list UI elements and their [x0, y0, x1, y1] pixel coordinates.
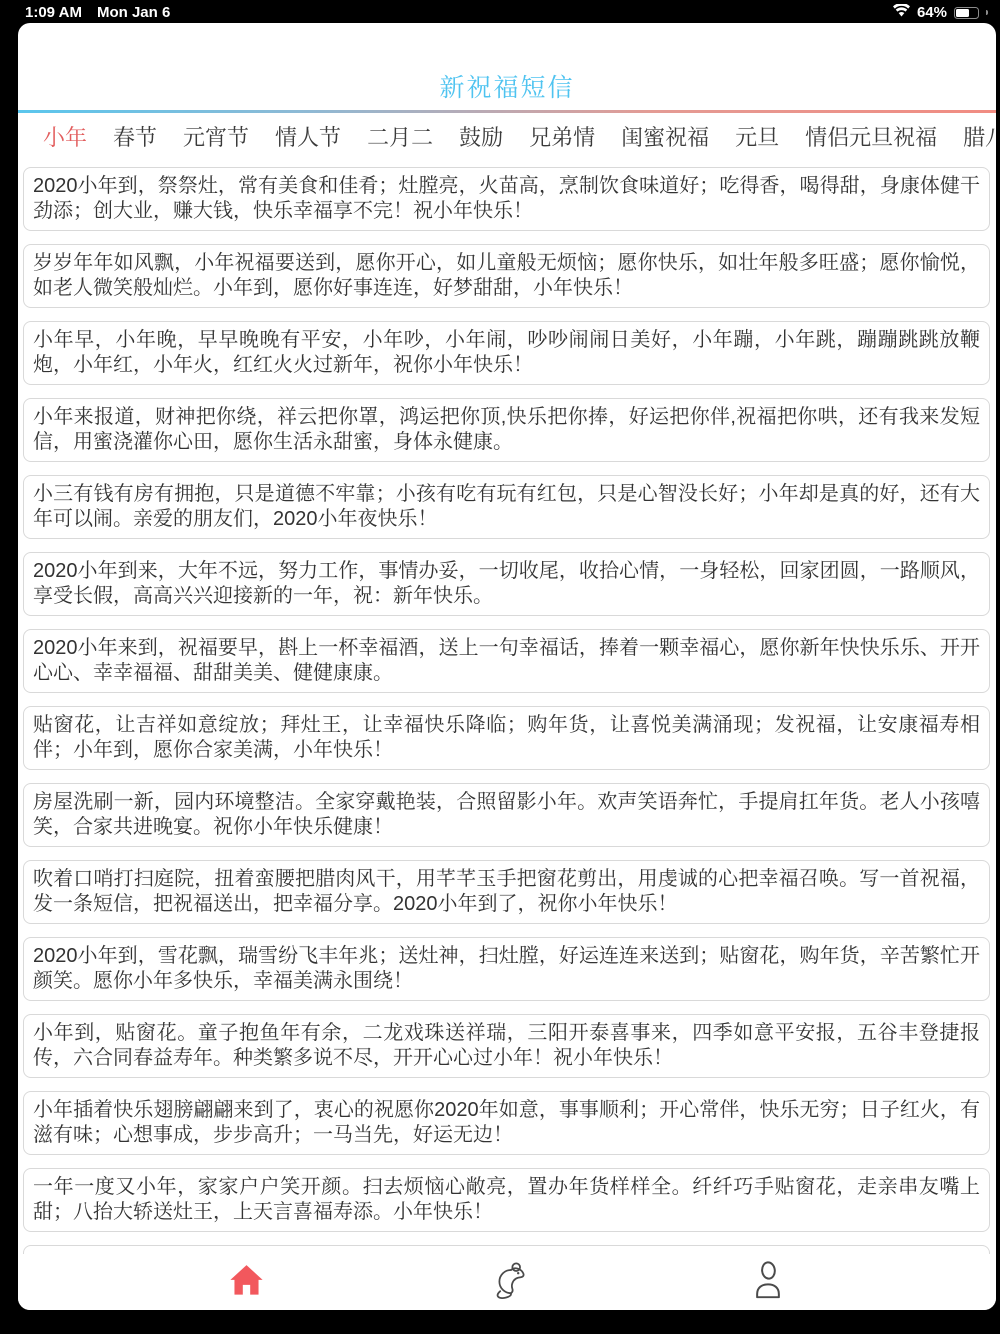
message-card[interactable]: 小年来报道，财神把你绕，祥云把你罩，鸿运把你顶,快乐把你捧，好运把你伴,祝福把你… — [23, 398, 990, 462]
tab-laba[interactable]: 腊八 — [963, 121, 996, 152]
page-title: 新祝福短信 — [18, 68, 996, 104]
battery-icon — [954, 7, 979, 19]
message-card[interactable]: 小年到，贴窗花。童子抱鱼年有余，二龙戏珠送祥瑞，三阳开泰喜事来，四季如意平安报，… — [23, 1014, 990, 1078]
app-header: 新祝福短信 — [18, 23, 996, 110]
rat-icon — [486, 1260, 528, 1305]
tab-yuandan[interactable]: 元旦 — [735, 121, 779, 152]
message-card[interactable]: 2020小年到，雪花飘，瑞雪纷飞丰年兆；送灶神，扫灶膛，好运连连来送到；贴窗花，… — [23, 937, 990, 1001]
message-card[interactable]: 岁岁年年如风飘，小年祝福要送到，愿你开心，如儿童般无烦恼；愿你快乐，如壮年般多旺… — [23, 244, 990, 308]
status-time: 1:09 AM — [25, 4, 82, 21]
tab-xiaonian[interactable]: 小年 — [43, 121, 87, 152]
message-card[interactable]: 小年插着快乐翅膀翩翩来到了，衷心的祝愿你2020年如意，事事顺利；开心常伴，快乐… — [23, 1091, 990, 1155]
message-card[interactable]: 贴窗花，让吉祥如意绽放；拜灶王，让幸福快乐降临；购年货，让喜悦美满涌现；发祝福，… — [23, 706, 990, 770]
message-card[interactable]: 一年一度又小年，家家户户笑开颜。扫去烦恼心敞亮，置办年货样样全。纤纤巧手贴窗花，… — [23, 1168, 990, 1232]
home-icon — [229, 1263, 264, 1301]
tab-eryueer[interactable]: 二月二 — [367, 121, 433, 152]
nav-home-button[interactable] — [215, 1254, 279, 1310]
tab-yuanxiaojie[interactable]: 元宵节 — [183, 121, 249, 152]
message-card[interactable]: 小年早，小年晚，早早晚晚有平安，小年吵，小年闹，吵吵闹闹日美好，小年蹦，小年跳，… — [23, 321, 990, 385]
status-date: Mon Jan 6 — [97, 4, 170, 21]
nav-rat-button[interactable] — [475, 1254, 539, 1310]
battery-nub — [986, 10, 988, 15]
battery-percent: 64% — [917, 4, 947, 21]
tab-guli[interactable]: 鼓励 — [459, 121, 503, 152]
status-bar: 1:09 AM Mon Jan 6 64% — [0, 0, 1000, 23]
message-list[interactable]: 2020小年到，祭祭灶，常有美食和佳肴；灶膛亮，火苗高，烹制饮食味道好；吃得香，… — [18, 159, 996, 1305]
message-card[interactable]: 2020小年来到，祝福要早，斟上一杯幸福酒，送上一句幸福话，捧着一颗幸福心，愿你… — [23, 629, 990, 693]
bottom-nav — [18, 1254, 996, 1310]
message-card[interactable]: 2020小年到来，大年不远，努力工作，事情办妥，一切收尾，收拾心情，一身轻松，回… — [23, 552, 990, 616]
app-window: 新祝福短信 小年 春节 元宵节 情人节 二月二 鼓励 兄弟情 闺蜜祝福 元旦 情… — [18, 23, 996, 1310]
wifi-icon — [893, 4, 910, 21]
tab-xiongdiqing[interactable]: 兄弟情 — [529, 121, 595, 152]
tab-guimizhufu[interactable]: 闺蜜祝福 — [621, 121, 709, 152]
message-card[interactable]: 吹着口哨打扫庭院，扭着蛮腰把腊肉风干，用芊芊玉手把窗花剪出，用虔诚的心把幸福召唤… — [23, 860, 990, 924]
category-tab-bar[interactable]: 小年 春节 元宵节 情人节 二月二 鼓励 兄弟情 闺蜜祝福 元旦 情侣元旦祝福 … — [18, 113, 996, 159]
message-card[interactable]: 房屋洗刷一新，园内环境整洁。全家穿戴艳装，合照留影小年。欢声笑语奔忙，手提肩扛年… — [23, 783, 990, 847]
tab-chunjie[interactable]: 春节 — [113, 121, 157, 152]
profile-icon — [753, 1261, 783, 1304]
message-card[interactable]: 小三有钱有房有拥抱，只是道德不牢靠；小孩有吃有玩有红包，只是心智没长好；小年却是… — [23, 475, 990, 539]
tab-qinglvyuandanzhufu[interactable]: 情侣元旦祝福 — [805, 121, 937, 152]
message-card[interactable]: 2020小年到，祭祭灶，常有美食和佳肴；灶膛亮，火苗高，烹制饮食味道好；吃得香，… — [23, 167, 990, 231]
nav-profile-button[interactable] — [736, 1254, 800, 1310]
tab-qinrenjie[interactable]: 情人节 — [275, 121, 341, 152]
